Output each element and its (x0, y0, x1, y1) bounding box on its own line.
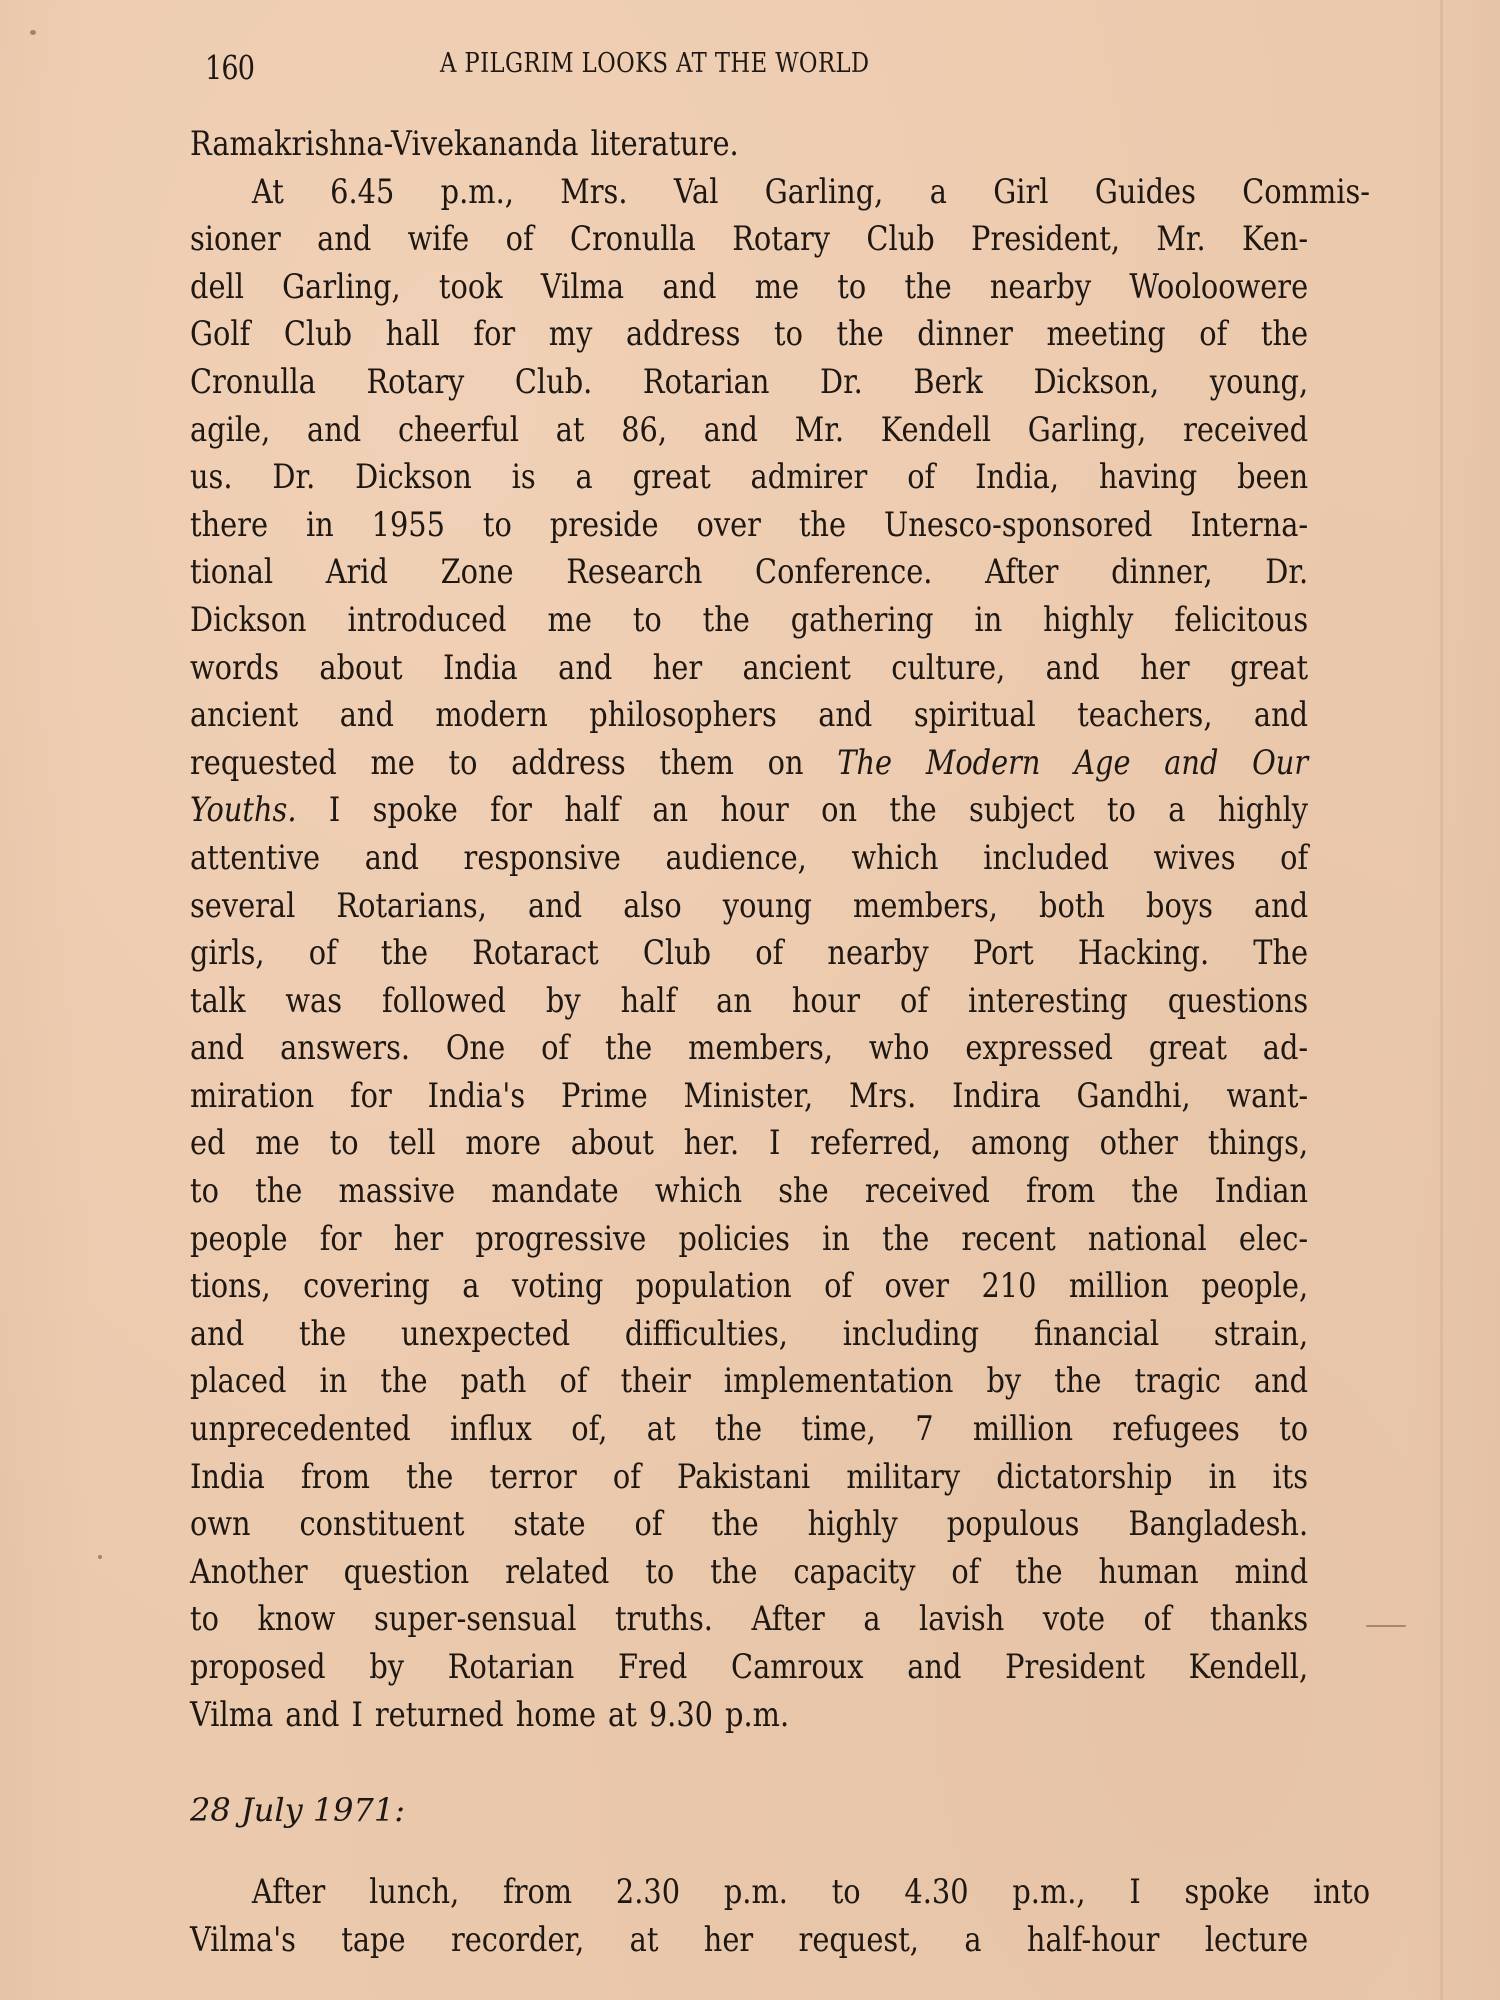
word: Conference. (755, 548, 932, 596)
word: Modern (926, 739, 1041, 787)
word: home (516, 1691, 596, 1739)
word: Club (284, 310, 352, 358)
word: for (490, 786, 532, 834)
word: to (190, 1595, 219, 1643)
word: Garling, (1028, 406, 1147, 454)
word: both (1039, 882, 1105, 930)
word: audience, (665, 834, 806, 882)
word: Vilma's (190, 1916, 296, 1964)
text-line: tions,coveringavotingpopulationofover210… (190, 1262, 1308, 1310)
word: their (621, 1357, 691, 1405)
word: in (1209, 1453, 1237, 1501)
word: to (633, 596, 662, 644)
word: of (559, 1357, 587, 1405)
word: a (863, 1595, 880, 1643)
word: followed (382, 977, 506, 1025)
word: the (837, 310, 884, 358)
word: into (1313, 1868, 1370, 1916)
word: elec- (1239, 1215, 1308, 1263)
word: of (634, 1500, 662, 1548)
word: Arid (326, 548, 388, 596)
word: path (461, 1357, 527, 1405)
word: talk (190, 977, 245, 1025)
word: Minister, (684, 1072, 814, 1120)
word: India (443, 644, 518, 692)
word: of (1144, 1595, 1172, 1643)
word: philosophers (589, 691, 777, 739)
text-line: ancientandmodernphilosophersandspiritual… (190, 691, 1308, 739)
word: Club (643, 929, 711, 977)
word: by (369, 1643, 404, 1691)
word: want- (1226, 1072, 1308, 1120)
word: me (255, 1119, 299, 1167)
word: more (465, 1119, 540, 1167)
word: and (365, 834, 419, 882)
book-title: A PILGRIM LOOKS AT THE WORLD (440, 48, 870, 79)
word: Cronulla (190, 358, 316, 406)
word: of (613, 1453, 641, 1501)
word: million (1069, 1262, 1169, 1310)
word: things, (1208, 1119, 1308, 1167)
text-line: IndiafromtheterrorofPakistanimilitarydic… (190, 1453, 1308, 1501)
word: voting (512, 1262, 603, 1310)
word: and (818, 691, 872, 739)
word: of, (571, 1405, 607, 1453)
word: on (768, 739, 804, 787)
word: my (549, 310, 593, 358)
word: miration (190, 1072, 314, 1120)
word: unprecedented (190, 1405, 411, 1453)
word: own (190, 1500, 251, 1548)
word: in (974, 596, 1002, 644)
word: state (513, 1500, 585, 1548)
word: Dickson (190, 596, 307, 644)
word: tional (190, 548, 273, 596)
word: girls, (190, 929, 265, 977)
paper-mark (1366, 1625, 1406, 1627)
word: thanks (1210, 1595, 1308, 1643)
text-line: GolfClubhallformyaddresstothedinnermeeti… (190, 310, 1308, 358)
word: Garling, (282, 263, 401, 311)
word: preside (550, 501, 659, 549)
word: an (652, 786, 688, 834)
word: Vilma (541, 263, 624, 311)
word: over (696, 501, 760, 549)
text-line: edmetotellmoreabouther.Ireferred,amongot… (190, 1119, 1308, 1167)
word: is (512, 453, 536, 501)
word: truths. (615, 1595, 713, 1643)
text-line: peopleforherprogressivepoliciesintherece… (190, 1215, 1308, 1263)
word: Gandhi, (1076, 1072, 1190, 1120)
word: Berk (913, 358, 982, 406)
word: I (329, 786, 340, 834)
word: to (449, 739, 478, 787)
text-line: Anotherquestionrelatedtothecapacityofthe… (190, 1548, 1308, 1596)
word: by (546, 977, 581, 1025)
word: Ken- (1242, 215, 1308, 263)
word: including (843, 1310, 979, 1358)
word: to (1279, 1405, 1308, 1453)
word: at (647, 1405, 676, 1453)
paper-speck (30, 30, 36, 35)
word: who (869, 1024, 930, 1072)
word: introduced (348, 596, 507, 644)
word: military (846, 1453, 960, 1501)
word: One (446, 1024, 505, 1072)
word: several (190, 882, 295, 930)
word: Dickson (355, 453, 472, 501)
word: of (900, 977, 928, 1025)
text-line: andanswers.Oneofthemembers,whoexpressedg… (190, 1024, 1308, 1072)
paragraph-tape-lecture: Afterlunch,from2.30p.m.to4.30p.m.,Ispoke… (190, 1868, 1308, 1963)
word: Kendell (881, 406, 991, 454)
word: India's (428, 1072, 525, 1120)
word: highly (1043, 596, 1133, 644)
word: Val (674, 168, 719, 216)
word: returned (375, 1691, 504, 1739)
word: in (822, 1215, 850, 1263)
word: half (564, 786, 620, 834)
word: took (439, 263, 503, 311)
text-line: dellGarling,tookVilmaandmetothenearbyWoo… (190, 263, 1308, 311)
word: from (503, 1868, 572, 1916)
word: address (626, 310, 740, 358)
word: the (882, 1215, 929, 1263)
text-line: agile,andcheerfulat86,andMr.KendellGarli… (190, 406, 1308, 454)
word: The (837, 739, 892, 787)
word: 7 (915, 1405, 933, 1453)
word: an (716, 977, 752, 1025)
word: populous (947, 1500, 1080, 1548)
word: After (252, 1868, 325, 1916)
word: Hacking. (1078, 929, 1209, 977)
word: unexpected (401, 1310, 570, 1358)
text-line: us.Dr.DicksonisagreatadmirerofIndia,havi… (190, 453, 1308, 501)
word: Our (1252, 739, 1308, 787)
word: and (704, 406, 758, 454)
word: ancient (743, 644, 851, 692)
word: to (190, 1167, 219, 1215)
word: highly (808, 1500, 898, 1548)
word: nearby (827, 929, 928, 977)
word: attentive (190, 834, 320, 882)
word: and (1254, 882, 1308, 930)
paragraph-continued: Ramakrishna-Vivekanandaliterature. (190, 120, 1308, 168)
word: Golf (190, 310, 250, 358)
text-line: attentiveandresponsiveaudience,whichincl… (190, 834, 1308, 882)
word: national (1088, 1215, 1207, 1263)
word: know (257, 1595, 335, 1643)
word: implementation (724, 1357, 954, 1405)
word: to (837, 263, 866, 311)
word: super-sensual (374, 1595, 576, 1643)
word: great (1230, 644, 1308, 692)
text-line: Dicksonintroducedmetothegatheringinhighl… (190, 596, 1308, 644)
word: agile, (190, 406, 270, 454)
word: of (541, 1024, 569, 1072)
word: cheerful (398, 406, 519, 454)
word: I (769, 1119, 780, 1167)
word: covering (303, 1262, 430, 1310)
word: Rotary (366, 358, 464, 406)
text-line: tionalAridZoneResearchConference.Afterdi… (190, 548, 1308, 596)
word: wife (408, 215, 470, 263)
word: 4.30 (904, 1868, 968, 1916)
word: Dr. (1265, 548, 1308, 596)
word: and (907, 1643, 961, 1691)
word: recorder, (451, 1916, 584, 1964)
word: 1955 (372, 501, 445, 549)
word: interesting (968, 977, 1128, 1025)
word: lavish (919, 1595, 1004, 1643)
text-line: wordsaboutIndiaandherancientculture,andh… (190, 644, 1308, 692)
word: strain, (1214, 1310, 1308, 1358)
word: by (986, 1357, 1021, 1405)
text-line: sionerandwifeofCronullaRotaryClubPreside… (190, 215, 1308, 263)
word: people, (1201, 1262, 1308, 1310)
word: ad- (1263, 1024, 1308, 1072)
text-line: Youths.Ispokeforhalfanhouronthesubjectto… (190, 786, 1308, 834)
word: related (505, 1548, 609, 1596)
word: members, (688, 1024, 833, 1072)
word: sioner (190, 215, 281, 263)
word: Pakistani (677, 1453, 810, 1501)
word: words (190, 644, 279, 692)
word: highly (1218, 786, 1308, 834)
word: Cronulla (570, 215, 696, 263)
word: At (252, 168, 284, 216)
word: about (319, 644, 402, 692)
word: and (190, 1310, 244, 1358)
word: Unesco-sponsored (884, 501, 1152, 549)
word: a (576, 453, 593, 501)
word: the (1131, 1167, 1178, 1215)
word: Rotary (732, 215, 830, 263)
word: about (571, 1119, 654, 1167)
word: difficulties, (625, 1310, 788, 1358)
word: India, (975, 453, 1059, 501)
word: tell (388, 1119, 435, 1167)
word: responsive (464, 834, 621, 882)
word: and (285, 1691, 339, 1739)
word: to (330, 1119, 359, 1167)
word: lunch, (369, 1868, 459, 1916)
word: me (370, 739, 414, 787)
word: Fred (618, 1643, 687, 1691)
word: us. (190, 453, 233, 501)
word: boys (1146, 882, 1213, 930)
word: her. (684, 1119, 739, 1167)
word: p.m. (724, 1868, 788, 1916)
running-head: 160 A PILGRIM LOOKS AT THE WORLD (205, 46, 1055, 90)
text-line: CronullaRotaryClub.RotarianDr.BerkDickso… (190, 358, 1308, 406)
word: having (1099, 453, 1197, 501)
text-line: girls,oftheRotaractClubofnearbyPortHacki… (190, 929, 1308, 977)
word: capacity (793, 1548, 915, 1596)
word: a (964, 1916, 981, 1964)
word: me (548, 596, 592, 644)
word: which (851, 834, 938, 882)
text-line: requestedmetoaddressthemonTheModernAgean… (190, 739, 1308, 787)
word: the (1054, 1357, 1101, 1405)
word: address (511, 739, 625, 787)
word: its (1273, 1453, 1309, 1501)
word: subject (969, 786, 1074, 834)
word: of (506, 215, 534, 263)
word: her (704, 1916, 753, 1964)
word: felicitous (1174, 596, 1308, 644)
paper-speck (98, 1555, 102, 1559)
word: hour (792, 977, 860, 1025)
word: the (715, 1405, 762, 1453)
word: ed (190, 1119, 226, 1167)
word: dinner (917, 310, 1013, 358)
word: Rotarian (643, 358, 770, 406)
word: Zone (441, 548, 514, 596)
word: Another (190, 1548, 308, 1596)
text-line: proposedbyRotarianFredCamrouxandPresiden… (190, 1643, 1308, 1691)
text-line: severalRotarians,andalsoyoungmembers,bot… (190, 882, 1308, 930)
word: spoke (373, 786, 458, 834)
word: Prime (561, 1072, 648, 1120)
word: half-hour (1027, 1916, 1160, 1964)
word: proposed (190, 1643, 326, 1691)
text-line: At6.45p.m.,Mrs.ValGarling,aGirlGuidesCom… (190, 168, 1370, 216)
word: Club (866, 215, 934, 263)
word: question (344, 1548, 470, 1596)
word: was (285, 977, 342, 1025)
word: time, (802, 1405, 876, 1453)
word: spoke (1185, 1868, 1270, 1916)
word: Ramakrishna-Vivekananda (190, 120, 579, 168)
word: Kendell, (1189, 1643, 1308, 1691)
word: of (907, 453, 935, 501)
word: the (380, 1357, 427, 1405)
word: Dr. (272, 453, 315, 501)
word: hour (720, 786, 788, 834)
word: placed (190, 1357, 286, 1405)
text-line: toknowsuper-sensualtruths.Afteralavishvo… (190, 1595, 1308, 1643)
word: expressed (965, 1024, 1113, 1072)
word: a (930, 168, 947, 216)
word: gathering (791, 596, 934, 644)
word: and (1254, 691, 1308, 739)
word: received (1183, 406, 1308, 454)
word: spiritual (914, 691, 1036, 739)
book-page: 160 A PILGRIM LOOKS AT THE WORLD Ramakri… (0, 0, 1500, 2000)
word: and (1046, 644, 1100, 692)
word: half (621, 977, 677, 1025)
word: Dr. (820, 358, 863, 406)
word: answers. (280, 1024, 410, 1072)
word: mandate (491, 1167, 618, 1215)
word: great (1149, 1024, 1227, 1072)
word: mind (1235, 1548, 1309, 1596)
word: for (350, 1072, 392, 1120)
text-line: placedinthepathoftheirimplementationbyth… (190, 1357, 1308, 1405)
word: Vilma (190, 1691, 273, 1739)
word: and (558, 644, 612, 692)
text-line: andtheunexpecteddifficulties,includingfi… (190, 1310, 1308, 1358)
word: Mr. (1156, 215, 1205, 263)
word: for (320, 1215, 362, 1263)
text-line: talkwasfollowedbyhalfanhourofinteresting… (190, 977, 1308, 1025)
word: Rotarians, (336, 882, 486, 930)
word: at (630, 1916, 659, 1964)
word: p.m. (725, 1691, 789, 1739)
text-line: Afterlunch,from2.30p.m.to4.30p.m.,Ispoke… (190, 1868, 1370, 1916)
section-spacer (190, 1838, 1308, 1868)
word: the (889, 786, 936, 834)
word: influx (450, 1405, 532, 1453)
word: massive (339, 1167, 456, 1215)
word: Mr. (795, 406, 844, 454)
word: people (190, 1215, 288, 1263)
word: of (309, 929, 337, 977)
word: the (1015, 1548, 1062, 1596)
word: referred, (810, 1119, 941, 1167)
word: President (1005, 1643, 1145, 1691)
word: admirer (751, 453, 868, 501)
word: at (608, 1691, 637, 1739)
word: of (1199, 310, 1227, 358)
word: Camroux (731, 1643, 863, 1691)
word: her (394, 1215, 443, 1263)
section-spacer (190, 1738, 1308, 1782)
word: the (255, 1167, 302, 1215)
word: p.m., (441, 168, 514, 216)
word: policies (679, 1215, 790, 1263)
word: p.m., (1012, 1868, 1085, 1916)
word: literature. (591, 120, 739, 168)
word: lecture (1205, 1916, 1308, 1964)
page-number: 160 (205, 48, 254, 87)
word: to (832, 1868, 861, 1916)
word: her (653, 644, 702, 692)
word: refugees (1112, 1405, 1239, 1453)
word: Dickson, (1033, 358, 1159, 406)
word: great (633, 453, 711, 501)
word: culture, (891, 644, 1005, 692)
word: and (1164, 739, 1218, 787)
word: on (821, 786, 857, 834)
word: to (774, 310, 803, 358)
word: to (483, 501, 512, 549)
word: Wooloowere (1129, 263, 1308, 311)
word: to (1107, 786, 1136, 834)
word: I (1129, 1868, 1140, 1916)
word: The (1253, 929, 1308, 977)
word: over (885, 1262, 949, 1310)
word: Mrs. (849, 1072, 916, 1120)
word: Indira (952, 1072, 1041, 1120)
word: which (655, 1167, 742, 1215)
word: terror (489, 1453, 576, 1501)
word: to (645, 1548, 674, 1596)
word: 2.30 (616, 1868, 680, 1916)
word: the (1261, 310, 1308, 358)
word: from (1026, 1167, 1095, 1215)
word: the (381, 929, 428, 977)
word: Club. (515, 358, 592, 406)
text-line: VilmaandIreturnedhomeat9.30p.m. (190, 1691, 1308, 1739)
text-line: Vilma'staperecorder,atherrequest,ahalf-h… (190, 1916, 1308, 1964)
word: in (306, 501, 334, 549)
word: in (320, 1357, 348, 1405)
word: President, (971, 215, 1120, 263)
body-text: Ramakrishna-Vivekanandaliterature. At6.4… (190, 120, 1308, 1963)
word: India (190, 1453, 265, 1501)
